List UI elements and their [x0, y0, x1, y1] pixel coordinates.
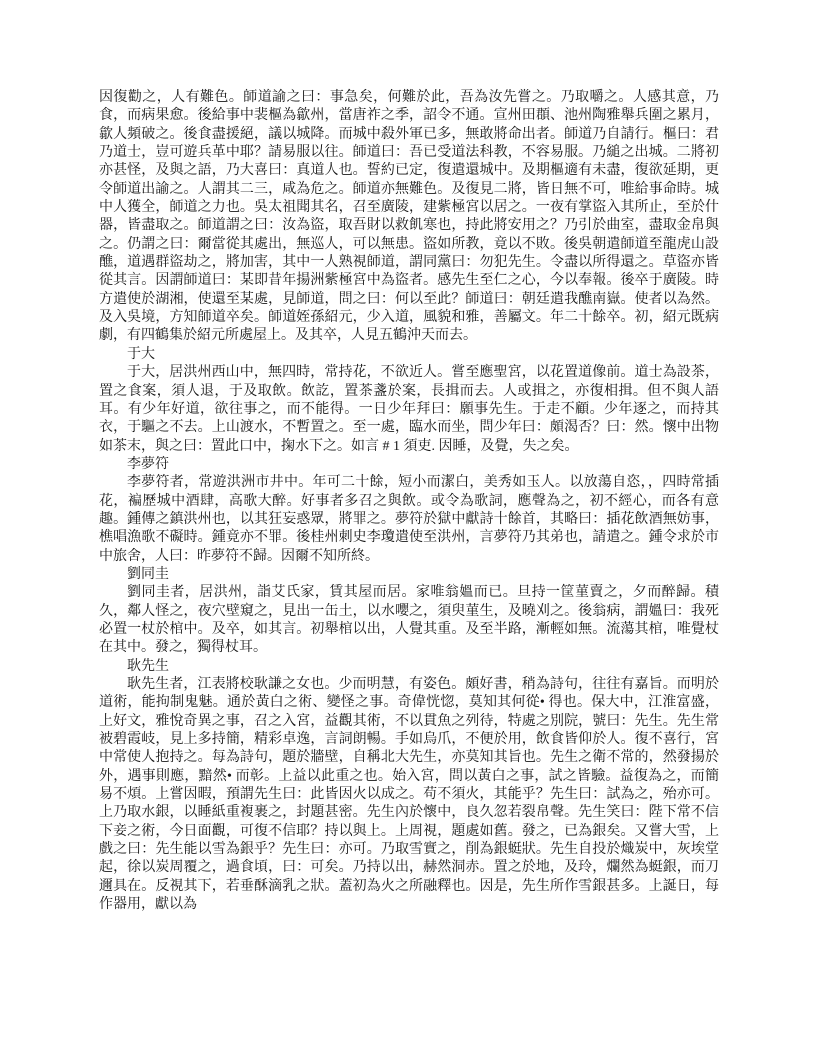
body-paragraph: 于大，居洪州西山中，無四時，常持花，不欲近人。嘗至應聖宮，以花置道像前。道士為設… — [99, 364, 719, 456]
section-heading: 劉同圭 — [99, 566, 719, 584]
body-paragraph: 劉同圭者，居洪州，詣艾氏家，賃其屋而居。家唯翁媼而已。旦持一筐菫賣之，夕而醉歸。… — [99, 584, 719, 657]
body-paragraph: 耿先生者，江表將校耿謙之女也。少而明慧，有姿色。頗好書，稍為詩句，往往有嘉旨。而… — [99, 676, 719, 914]
section-heading: 李夢符 — [99, 456, 719, 474]
body-paragraph: 因復勸之，人有難色。師道諭之曰：事急矣，何難於此，吾為汝先嘗之。乃取嚼之。人感其… — [99, 89, 719, 346]
document-page: 因復勸之，人有難色。師道諭之曰：事急矣，何難於此，吾為汝先嘗之。乃取嚼之。人感其… — [0, 0, 816, 1056]
section-heading: 耿先生 — [99, 658, 719, 676]
section-heading: 于大 — [99, 346, 719, 364]
text-column: 因復勸之，人有難色。師道諭之曰：事急矣，何難於此，吾為汝先嘗之。乃取嚼之。人感其… — [99, 89, 719, 914]
body-paragraph: 李夢符者，常遊洪洲市井中。年可二十餘，短小而潔白，美秀如玉人。以放蕩自恣，，四時… — [99, 474, 719, 566]
